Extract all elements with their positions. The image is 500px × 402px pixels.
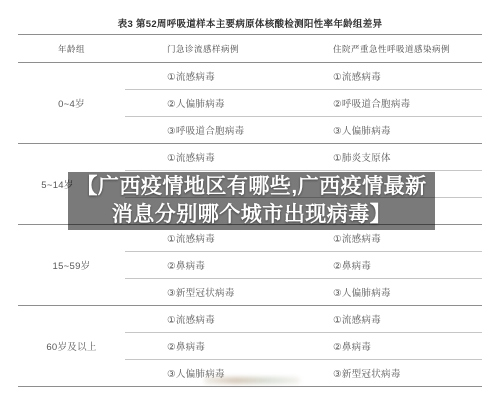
overlay-caption-line-1: 【广西疫情地区有哪些,广西疫情最新 xyxy=(68,173,435,201)
table-header-row: 年龄组 门急诊流感样病例 住院严重急性呼吸道感染病例 xyxy=(18,35,482,63)
pathogen-cell: ①流感病毒 xyxy=(125,231,331,245)
table-row: ②鼻病毒 ②鼻病毒 xyxy=(125,251,482,278)
pathogen-cell: ①流感病毒 xyxy=(331,231,482,245)
pathogen-cell: ②鼻病毒 xyxy=(331,258,482,272)
pathogen-cell: ②呼吸道合胞病毒 xyxy=(331,96,482,110)
pathogen-rows: ①流感病毒 ①流感病毒 ②鼻病毒 ②鼻病毒 ③人偏肺病毒 ③新型冠状病毒 xyxy=(125,306,482,386)
age-group-row-60-plus: 60岁及以上 ①流感病毒 ①流感病毒 ②鼻病毒 ②鼻病毒 ③人偏肺病毒 ③新型冠… xyxy=(18,306,482,387)
header-age-group: 年龄组 xyxy=(18,43,125,55)
pathogen-cell: ②人偏肺病毒 xyxy=(125,96,331,110)
pathogen-cell: ①流感病毒 xyxy=(125,69,331,83)
age-group-label-text: 60岁及以上 xyxy=(46,339,96,353)
pathogen-rows: ①流感病毒 ①流感病毒 ②人偏肺病毒 ②呼吸道合胞病毒 ③呼吸道合胞病毒 ③人偏… xyxy=(125,63,482,143)
age-group-label: 60岁及以上 xyxy=(18,306,125,386)
pathogen-cell: ①流感病毒 xyxy=(125,150,331,164)
pathogen-cell: ①肺炎支原体 xyxy=(331,150,482,164)
table-row: ②鼻病毒 ②鼻病毒 xyxy=(125,332,482,359)
overlay-caption-banner: 【广西疫情地区有哪些,广西疫情最新 消息分别哪个城市出现病毒】 xyxy=(68,172,435,230)
age-group-label-text: 15~59岁 xyxy=(53,258,91,272)
table-row: ①流感病毒 ①肺炎支原体 xyxy=(125,144,482,170)
pathogen-cell: ②鼻病毒 xyxy=(125,258,331,272)
pathogen-cell: ②鼻病毒 xyxy=(125,339,331,353)
overlay-caption-line-2: 消息分别哪个城市出现病毒】 xyxy=(68,201,435,229)
pathogen-cell: ③人偏肺病毒 xyxy=(331,285,482,299)
table-row: ①流感病毒 ①流感病毒 xyxy=(125,306,482,332)
pathogen-cell: ③新型冠状病毒 xyxy=(331,366,482,380)
table-row: ③新型冠状病毒 ③人偏肺病毒 xyxy=(125,278,482,305)
age-group-row-0-4: 0~4岁 ①流感病毒 ①流感病毒 ②人偏肺病毒 ②呼吸道合胞病毒 ③呼吸道合胞病… xyxy=(18,63,482,144)
table-row: ①流感病毒 ①流感病毒 xyxy=(125,63,482,89)
table-row: ③呼吸道合胞病毒 ③人偏肺病毒 xyxy=(125,116,482,143)
age-group-label: 15~59岁 xyxy=(18,225,125,305)
header-outpatient: 门急诊流感样病例 xyxy=(125,43,331,55)
pathogen-cell: ①流感病毒 xyxy=(125,312,331,326)
pathogen-cell: ①流感病毒 xyxy=(331,312,482,326)
pathogen-rows: ①流感病毒 ①流感病毒 ②鼻病毒 ②鼻病毒 ③新型冠状病毒 ③人偏肺病毒 xyxy=(125,225,482,305)
age-group-label: 0~4岁 xyxy=(18,63,125,143)
pathogen-cell: ①流感病毒 xyxy=(331,69,482,83)
table-title: 表3 第52周呼吸道样本主要病原体核酸检测阳性率年龄组差异 xyxy=(0,16,500,30)
watermark-smudge xyxy=(204,377,300,384)
pathogen-cell: ③新型冠状病毒 xyxy=(125,285,331,299)
table-row: ③人偏肺病毒 ③新型冠状病毒 xyxy=(125,359,482,386)
age-group-row-15-59: 15~59岁 ①流感病毒 ①流感病毒 ②鼻病毒 ②鼻病毒 ③新型冠状病毒 ③人偏… xyxy=(18,225,482,306)
pathogen-cell: ③人偏肺病毒 xyxy=(331,123,482,137)
pathogen-cell: ②鼻病毒 xyxy=(331,339,482,353)
header-inpatient: 住院严重急性呼吸道感染病例 xyxy=(331,43,482,55)
table-row: ②人偏肺病毒 ②呼吸道合胞病毒 xyxy=(125,89,482,116)
pathogen-cell: ③呼吸道合胞病毒 xyxy=(125,123,331,137)
age-group-label-text: 0~4岁 xyxy=(58,96,85,110)
